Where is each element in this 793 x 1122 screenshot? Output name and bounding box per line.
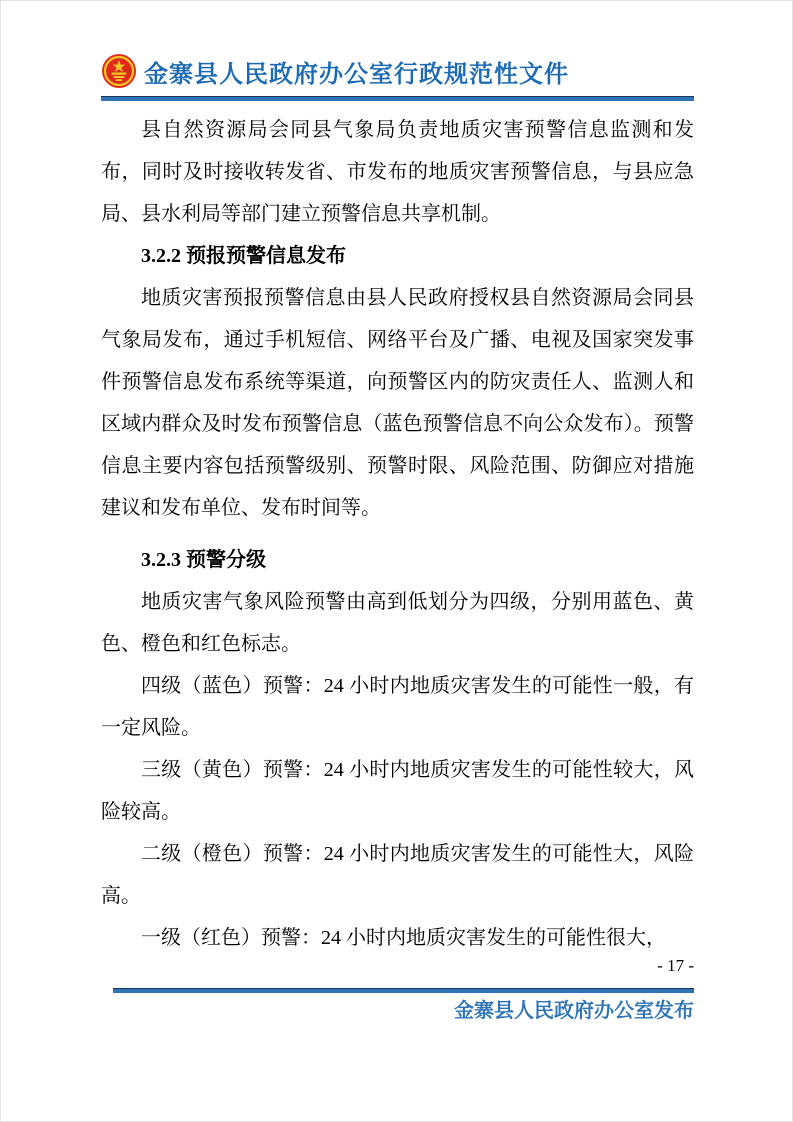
paragraph-warning-monitoring: 县自然资源局会同县气象局负责地质灾害预警信息监测和发布，同时及时接收转发省、市发… — [101, 109, 694, 235]
paragraph-level-4-blue: 四级（蓝色）预警：24 小时内地质灾害发生的可能性一般，有一定风险。 — [101, 665, 694, 749]
paragraph-level-3-yellow: 三级（黄色）预警：24 小时内地质灾害发生的可能性较大，风险较高。 — [101, 749, 694, 833]
paragraph-warning-publishing: 地质灾害预报预警信息由县人民政府授权县自然资源局会同县气象局发布，通过手机短信、… — [101, 277, 694, 529]
page-header: 金寨县人民政府办公室行政规范性文件 — [101, 51, 694, 101]
paragraph-warning-levels-intro: 地质灾害气象风险预警由高到低划分为四级，分别用蓝色、黄色、橙色和红色标志。 — [101, 581, 694, 665]
header-title: 金寨县人民政府办公室行政规范性文件 — [144, 54, 569, 89]
document-body: 县自然资源局会同县气象局负责地质灾害预警信息监测和发布，同时及时接收转发省、市发… — [101, 109, 694, 959]
paragraph-level-1-red: 一级（红色）预警：24 小时内地质灾害发生的可能性很大， — [101, 917, 694, 959]
footer-rule — [113, 988, 694, 993]
document-page: 金寨县人民政府办公室行政规范性文件 县自然资源局会同县气象局负责地质灾害预警信息… — [0, 0, 793, 1122]
page-number: - 17 - — [657, 953, 694, 979]
china-national-emblem-icon — [101, 53, 137, 89]
header-rule — [101, 96, 694, 101]
heading-3-2-2: 3.2.2 预报预警信息发布 — [101, 235, 694, 277]
footer-publisher: 金寨县人民政府办公室发布 — [454, 996, 694, 1026]
paragraph-level-2-orange: 二级（橙色）预警：24 小时内地质灾害发生的可能性大，风险高。 — [101, 833, 694, 917]
heading-3-2-3: 3.2.3 预警分级 — [101, 539, 694, 581]
